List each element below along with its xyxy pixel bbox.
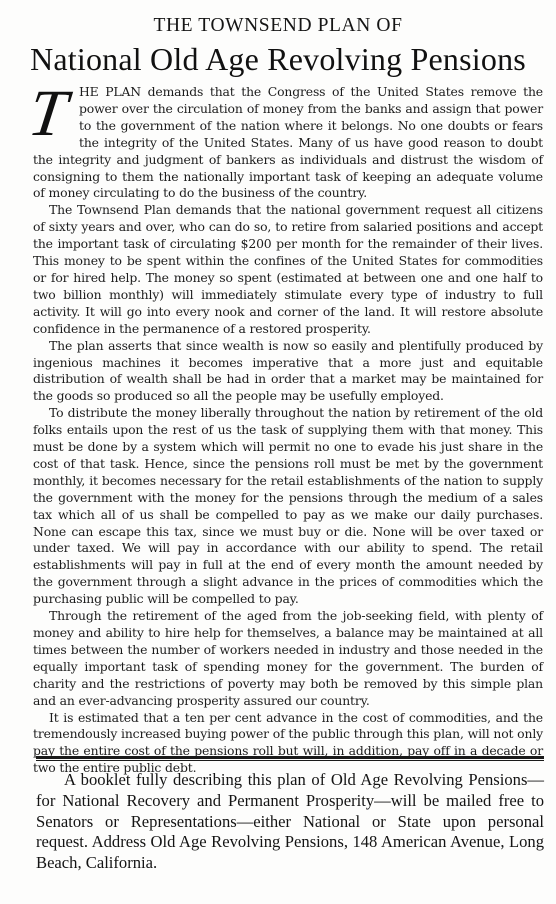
paragraph-1-text: HE PLAN demands that the Congress of the… (33, 84, 543, 200)
paragraph-4: To distribute the money liberally throug… (33, 405, 543, 608)
paragraph-6: It is estimated that a ten per cent adva… (33, 710, 543, 778)
divider-rule-thin (36, 760, 544, 761)
paragraph-5: Through the retirement of the aged from … (33, 608, 543, 709)
page-header: THE TOWNSEND PLAN OF National Old Age Re… (0, 14, 556, 79)
drop-cap: T (25, 86, 78, 148)
paragraph-1: THE PLAN demands that the Congress of th… (33, 84, 543, 202)
footer-notice: A booklet fully describing this plan of … (36, 770, 544, 874)
footer-notice-text: A booklet fully describing this plan of … (36, 770, 544, 874)
paragraph-2: The Townsend Plan demands that the natio… (33, 202, 543, 337)
article-body: THE PLAN demands that the Congress of th… (33, 84, 543, 777)
page-kicker: THE TOWNSEND PLAN OF (0, 14, 556, 38)
page-title: National Old Age Revolving Pensions (0, 39, 556, 79)
paragraph-3: The plan asserts that since wealth is no… (33, 338, 543, 406)
document-page: THE TOWNSEND PLAN OF National Old Age Re… (0, 0, 556, 904)
divider-rule-thick (36, 756, 544, 759)
